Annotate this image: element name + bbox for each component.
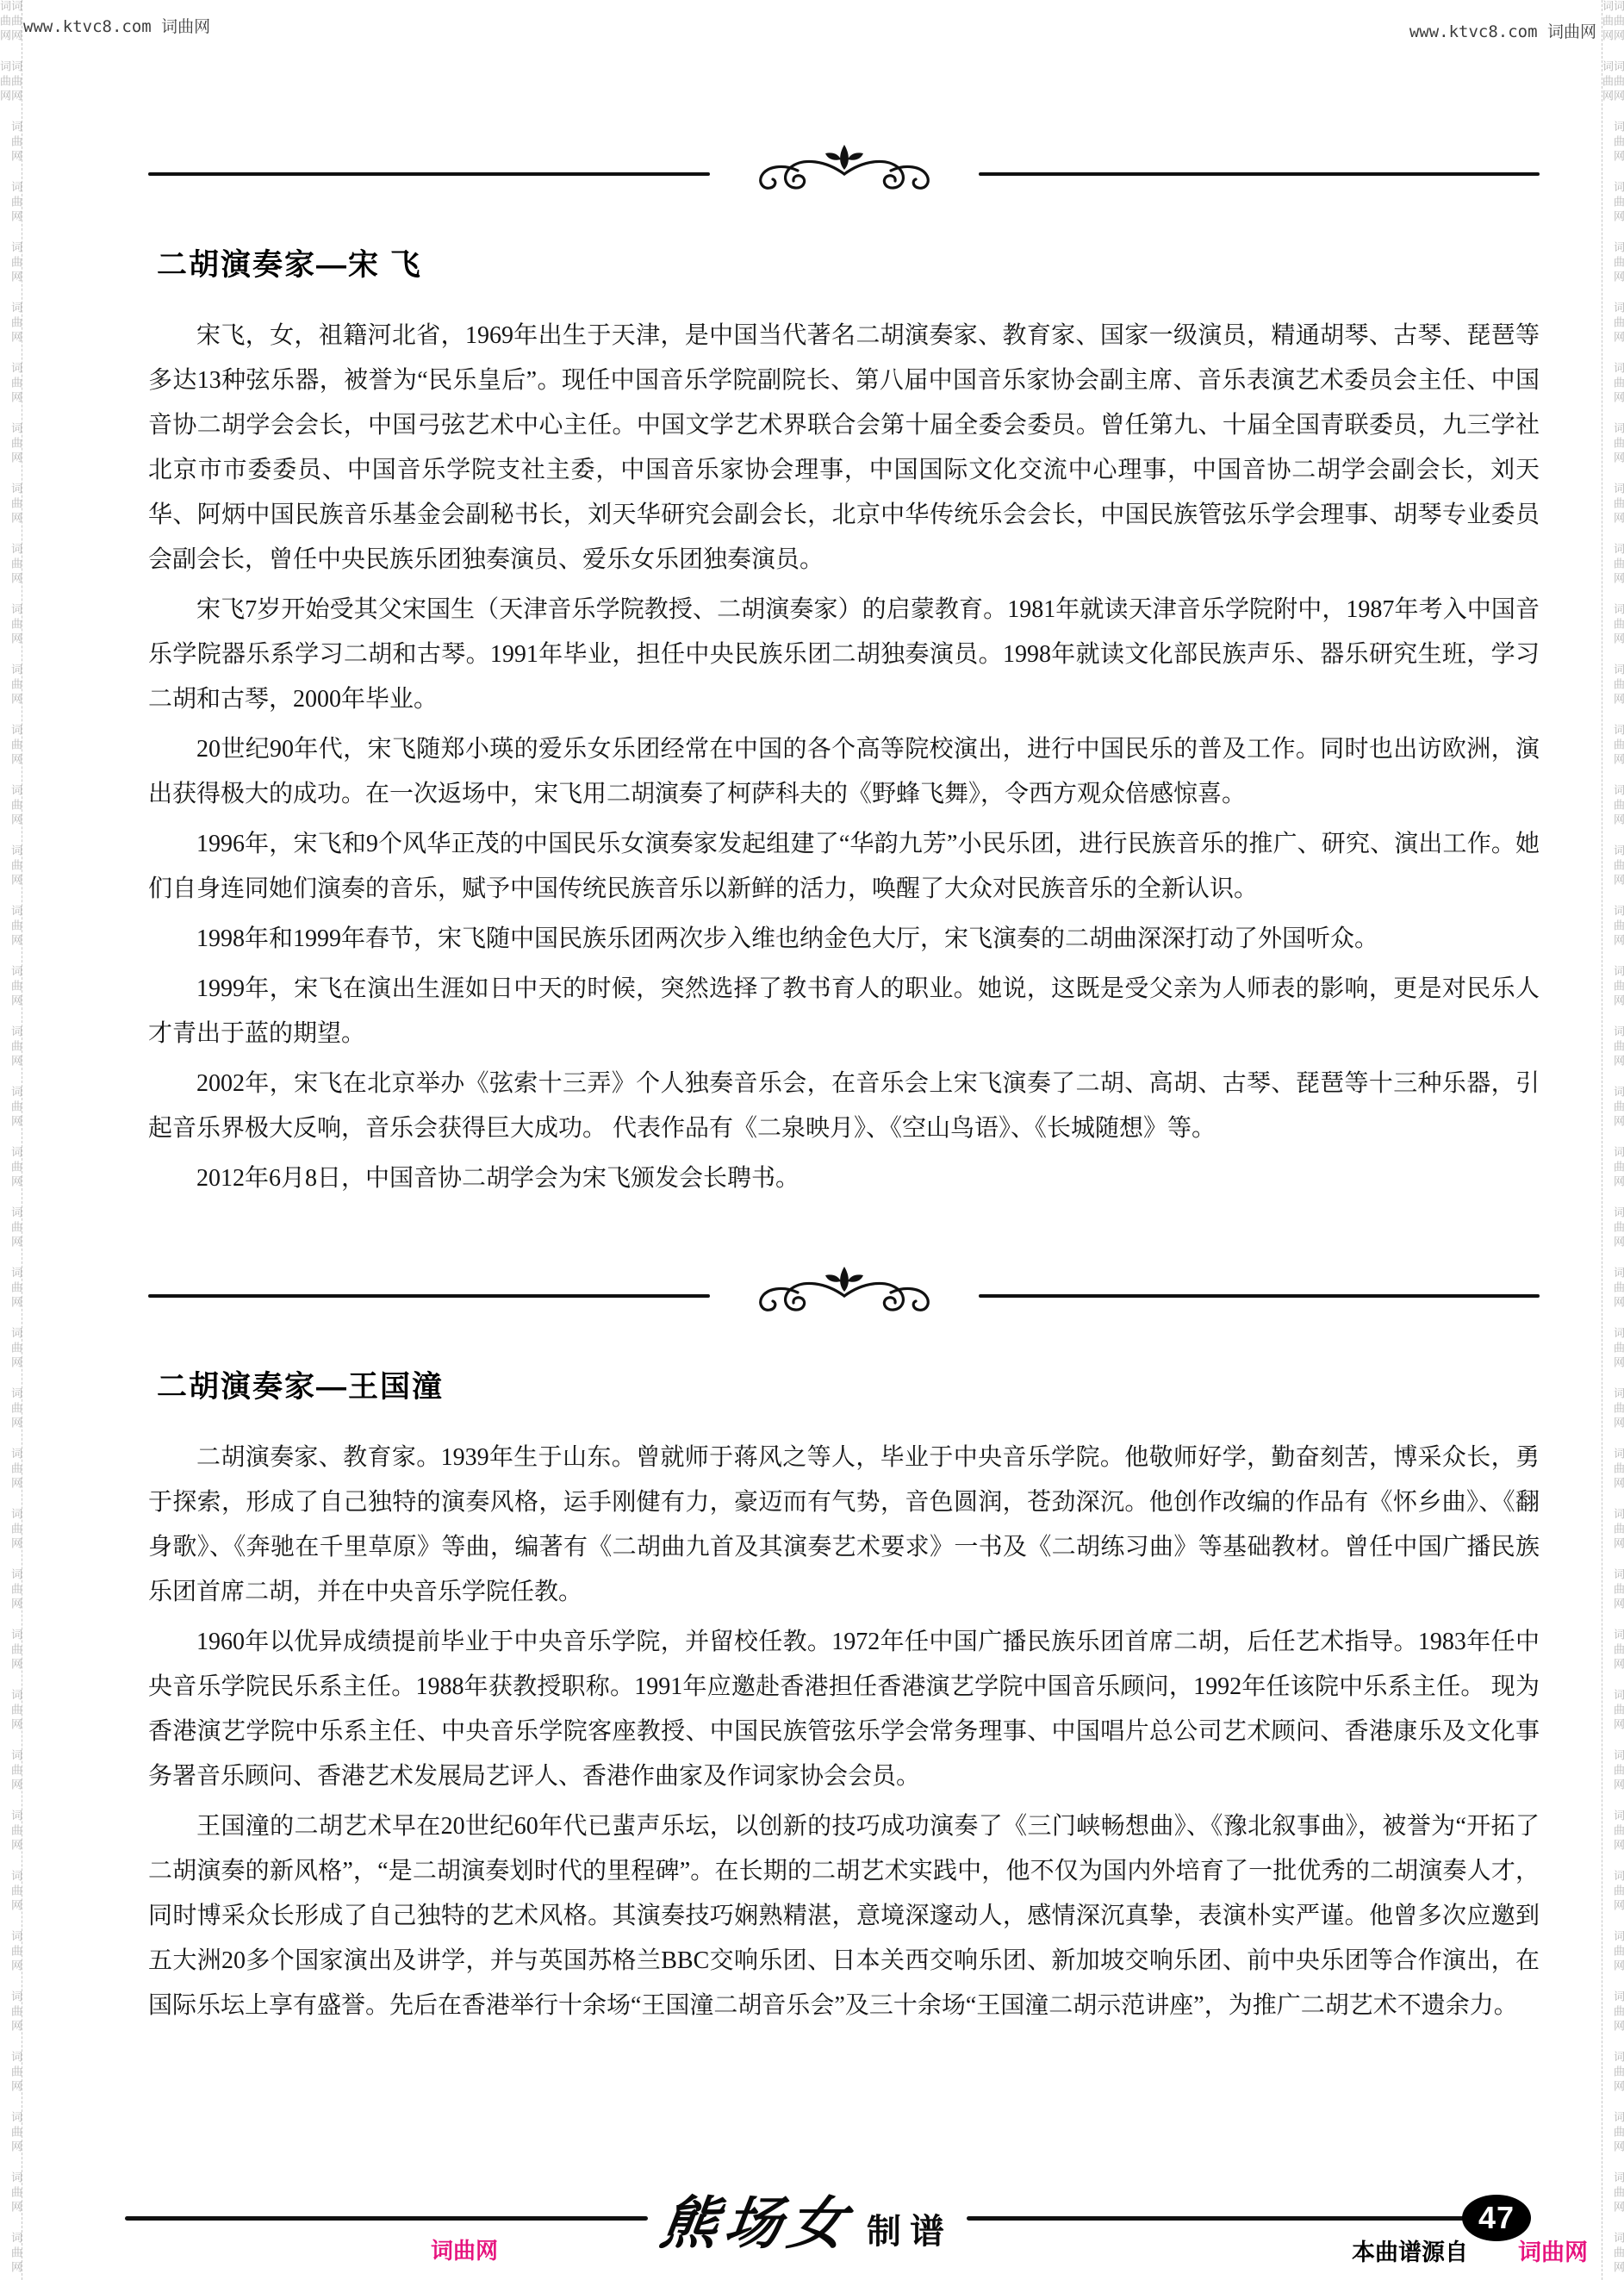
right-watermark-column: 词曲网 词曲网 词曲网 词曲网 词曲网 词曲网 词曲网 词曲网 词曲网 词曲网 … (1602, 0, 1624, 2280)
maker-logo-suffix: 制谱 (867, 2204, 953, 2253)
section-divider (148, 1268, 1540, 1324)
divider-rule-left (148, 1294, 710, 1298)
section-title-song-fei: 二胡演奏家—宋 飞 (157, 241, 1540, 284)
maker-logo-script: 熊场女 (656, 2177, 858, 2259)
paragraph: 宋飞，女，祖籍河北省，1969年出生于天津，是中国当代著名二胡演奏家、教育家、国… (148, 314, 1540, 582)
site-watermark: 词曲网 (431, 2233, 498, 2265)
paragraph: 1996年，宋飞和9个风华正茂的中国民乐女演奏家发起组建了“华韵九芳”小民乐团，… (148, 822, 1540, 912)
flourish-ornament-icon (715, 141, 974, 196)
page-number: 47 (1478, 2200, 1515, 2236)
maker-logo: 熊场女 制谱 (662, 2177, 953, 2259)
section-body-wang-guotong: 二胡演奏家、教育家。1939年生于山东。曾就师于蒋风之等人，毕业于中央音乐学院。… (148, 1436, 1540, 2028)
source-site-badge: 词曲网 (1518, 2233, 1588, 2267)
footer: 熊场女 制谱 47 (125, 2190, 1531, 2246)
section-title-wang-guotong: 二胡演奏家—王国潼 (157, 1363, 1540, 1406)
page-content: 二胡演奏家—宋 飞 宋飞，女，祖籍河北省，1969年出生于天津，是中国当代著名二… (148, 0, 1540, 2034)
footer-rule-left (125, 2216, 648, 2221)
divider-rule-right (979, 172, 1540, 176)
section-body-song-fei: 宋飞，女，祖籍河北省，1969年出生于天津，是中国当代著名二胡演奏家、教育家、国… (148, 314, 1540, 1201)
source-label: 本曲谱源自 (1352, 2233, 1468, 2267)
paragraph: 2002年，宋飞在北京举办《弦索十三弄》个人独奏音乐会，在音乐会上宋飞演奏了二胡… (148, 1062, 1540, 1151)
paragraph: 宋飞7岁开始受其父宋国生（天津音乐学院教授、二胡演奏家）的启蒙教育。1981年就… (148, 588, 1540, 722)
paragraph: 1999年，宋飞在演出生涯如日中天的时候，突然选择了教书育人的职业。她说，这既是… (148, 967, 1540, 1056)
paragraph: 20世纪90年代，宋飞随郑小瑛的爱乐女乐团经常在中国的各个高等院校演出，进行中国… (148, 727, 1540, 817)
paragraph: 二胡演奏家、教育家。1939年生于山东。曾就师于蒋风之等人，毕业于中央音乐学院。… (148, 1436, 1540, 1615)
paragraph: 1998年和1999年春节，宋飞随中国民族乐团两次步入维也纳金色大厅，宋飞演奏的… (148, 917, 1540, 962)
divider-rule-left (148, 172, 710, 176)
paragraph: 1960年以优异成绩提前毕业于中央音乐学院，并留校任教。1972年任中国广播民族… (148, 1620, 1540, 1799)
footer-rule-right (967, 2216, 1465, 2221)
paragraph: 2012年6月8日，中国音协二胡学会为宋飞颁发会长聘书。 (148, 1156, 1540, 1201)
paragraph: 王国潼的二胡艺术早在20世纪60年代已蜚声乐坛，以创新的技巧成功演奏了《三门峡畅… (148, 1804, 1540, 2028)
left-watermark-column: 词曲网 词曲网 词曲网 词曲网 词曲网 词曲网 词曲网 词曲网 词曲网 词曲网 … (0, 0, 22, 2280)
section-divider (148, 146, 1540, 202)
source-attribution: 本曲谱源自 词曲网 (1352, 2233, 1588, 2267)
divider-rule-right (979, 1294, 1540, 1298)
flourish-ornament-icon (715, 1263, 974, 1318)
score-book-page: { "watermark": { "url_text": "www.ktvc8.… (0, 0, 1624, 2280)
